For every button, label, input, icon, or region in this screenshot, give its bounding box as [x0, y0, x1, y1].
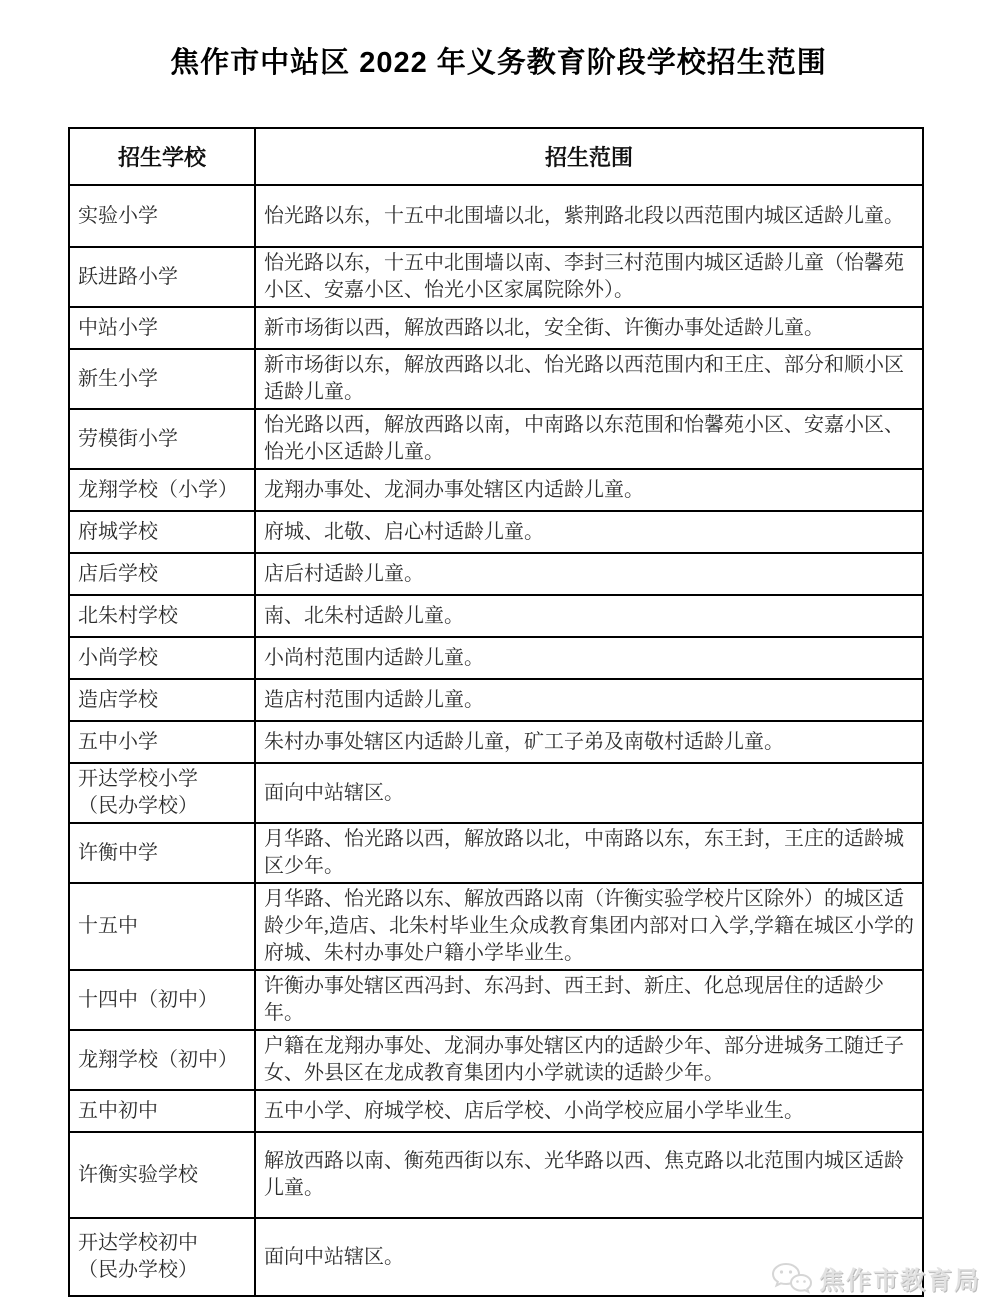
enrollment-range-cell: 新市场街以东，解放西路以北、怡光路以西范围内和王庄、部分和顺小区适龄儿童。 — [255, 349, 923, 409]
table-row: 五中小学朱村办事处辖区内适龄儿童，矿工子弟及南敬村适龄儿童。 — [69, 721, 923, 763]
school-name-cell: 开达学校小学 （民办学校） — [69, 763, 255, 823]
enrollment-range-cell: 店后村适龄儿童。 — [255, 553, 923, 595]
school-name-cell: 府城学校 — [69, 511, 255, 553]
school-name-cell: 造店学校 — [69, 679, 255, 721]
enrollment-range-cell: 怡光路以东，十五中北围墙以北，紫荆路北段以西范围内城区适龄儿童。 — [255, 185, 923, 247]
enrollment-range-cell: 南、北朱村适龄儿童。 — [255, 595, 923, 637]
table-row: 十五中月华路、怡光路以东、解放西路以南（许衡实验学校片区除外）的城区适龄少年,造… — [69, 883, 923, 970]
enrollment-range-cell: 造店村范围内适龄儿童。 — [255, 679, 923, 721]
enrollment-range-cell: 小尚村范围内适龄儿童。 — [255, 637, 923, 679]
school-name-cell: 小尚学校 — [69, 637, 255, 679]
column-header-school: 招生学校 — [69, 128, 255, 185]
school-name-cell: 店后学校 — [69, 553, 255, 595]
table-row: 府城学校府城、北敬、启心村适龄儿童。 — [69, 511, 923, 553]
table-row: 劳模街小学怡光路以西，解放西路以南，中南路以东范围和怡馨苑小区、安嘉小区、怡光小… — [69, 409, 923, 469]
school-name-cell: 跃进路小学 — [69, 247, 255, 307]
enrollment-range-cell: 怡光路以东，十五中北围墙以南、李封三村范围内城区适龄儿童（怡馨苑小区、安嘉小区、… — [255, 247, 923, 307]
enrollment-range-cell: 许衡办事处辖区西冯封、东冯封、西王封、新庄、化总现居住的适龄少年。 — [255, 970, 923, 1030]
enrollment-range-cell: 户籍在龙翔办事处、龙洞办事处辖区内的适龄少年、部分进城务工随迁子女、外县区在龙成… — [255, 1030, 923, 1090]
table-row: 实验小学怡光路以东，十五中北围墙以北，紫荆路北段以西范围内城区适龄儿童。 — [69, 185, 923, 247]
table-row: 十四中（初中）许衡办事处辖区西冯封、东冯封、西王封、新庄、化总现居住的适龄少年。 — [69, 970, 923, 1030]
enrollment-range-cell: 怡光路以西，解放西路以南，中南路以东范围和怡馨苑小区、安嘉小区、怡光小区适龄儿童… — [255, 409, 923, 469]
school-name-cell: 五中小学 — [69, 721, 255, 763]
school-name-cell: 劳模街小学 — [69, 409, 255, 469]
enrollment-range-cell: 龙翔办事处、龙洞办事处辖区内适龄儿童。 — [255, 469, 923, 511]
school-name-cell: 实验小学 — [69, 185, 255, 247]
school-name-cell: 十四中（初中） — [69, 970, 255, 1030]
enrollment-table: 招生学校 招生范围 实验小学怡光路以东，十五中北围墙以北，紫荆路北段以西范围内城… — [68, 127, 924, 1297]
school-name-cell: 许衡中学 — [69, 823, 255, 883]
table-row: 小尚学校小尚村范围内适龄儿童。 — [69, 637, 923, 679]
enrollment-range-cell: 月华路、怡光路以东、解放西路以南（许衡实验学校片区除外）的城区适龄少年,造店、北… — [255, 883, 923, 970]
school-name-cell: 许衡实验学校 — [69, 1132, 255, 1218]
column-header-range: 招生范围 — [255, 128, 923, 185]
enrollment-range-cell: 解放西路以南、衡苑西街以东、光华路以西、焦克路以北范围内城区适龄儿童。 — [255, 1132, 923, 1218]
table-row: 龙翔学校（小学）龙翔办事处、龙洞办事处辖区内适龄儿童。 — [69, 469, 923, 511]
enrollment-range-cell: 面向中站辖区。 — [255, 763, 923, 823]
table-row: 五中初中五中小学、府城学校、店后学校、小尚学校应届小学毕业生。 — [69, 1090, 923, 1132]
document-page: 焦作市中站区 2022 年义务教育阶段学校招生范围 招生学校 招生范围 实验小学… — [0, 0, 997, 1313]
school-name-cell: 北朱村学校 — [69, 595, 255, 637]
enrollment-range-cell: 月华路、怡光路以西，解放路以北，中南路以东，东王封，王庄的适龄城区少年。 — [255, 823, 923, 883]
enrollment-range-cell: 五中小学、府城学校、店后学校、小尚学校应届小学毕业生。 — [255, 1090, 923, 1132]
page-title: 焦作市中站区 2022 年义务教育阶段学校招生范围 — [0, 0, 997, 81]
table-row: 中站小学新市场街以西，解放西路以北，安全街、许衡办事处适龄儿童。 — [69, 307, 923, 349]
enrollment-range-cell: 朱村办事处辖区内适龄儿童，矿工子弟及南敬村适龄儿童。 — [255, 721, 923, 763]
school-name-cell: 开达学校初中 （民办学校） — [69, 1218, 255, 1296]
header-row: 招生学校 招生范围 — [69, 128, 923, 185]
school-name-cell: 五中初中 — [69, 1090, 255, 1132]
table-row: 许衡实验学校解放西路以南、衡苑西街以东、光华路以西、焦克路以北范围内城区适龄儿童… — [69, 1132, 923, 1218]
table-row: 开达学校小学 （民办学校）面向中站辖区。 — [69, 763, 923, 823]
table-row: 店后学校店后村适龄儿童。 — [69, 553, 923, 595]
table-row: 新生小学新市场街以东，解放西路以北、怡光路以西范围内和王庄、部分和顺小区适龄儿童… — [69, 349, 923, 409]
watermark: 焦作市教育局 — [771, 1261, 981, 1297]
wechat-icon — [771, 1262, 813, 1296]
table-row: 龙翔学校（初中）户籍在龙翔办事处、龙洞办事处辖区内的适龄少年、部分进城务工随迁子… — [69, 1030, 923, 1090]
table-body: 实验小学怡光路以东，十五中北围墙以北，紫荆路北段以西范围内城区适龄儿童。跃进路小… — [69, 185, 923, 1296]
table-row: 许衡中学月华路、怡光路以西，解放路以北，中南路以东，东王封，王庄的适龄城区少年。 — [69, 823, 923, 883]
school-name-cell: 龙翔学校（小学） — [69, 469, 255, 511]
watermark-label: 焦作市教育局 — [819, 1261, 981, 1297]
school-name-cell: 龙翔学校（初中） — [69, 1030, 255, 1090]
table-row: 跃进路小学怡光路以东，十五中北围墙以南、李封三村范围内城区适龄儿童（怡馨苑小区、… — [69, 247, 923, 307]
enrollment-range-cell: 府城、北敬、启心村适龄儿童。 — [255, 511, 923, 553]
school-name-cell: 中站小学 — [69, 307, 255, 349]
enrollment-range-cell: 新市场街以西，解放西路以北，安全街、许衡办事处适龄儿童。 — [255, 307, 923, 349]
table-row: 造店学校造店村范围内适龄儿童。 — [69, 679, 923, 721]
school-name-cell: 新生小学 — [69, 349, 255, 409]
school-name-cell: 十五中 — [69, 883, 255, 970]
table-row: 北朱村学校南、北朱村适龄儿童。 — [69, 595, 923, 637]
